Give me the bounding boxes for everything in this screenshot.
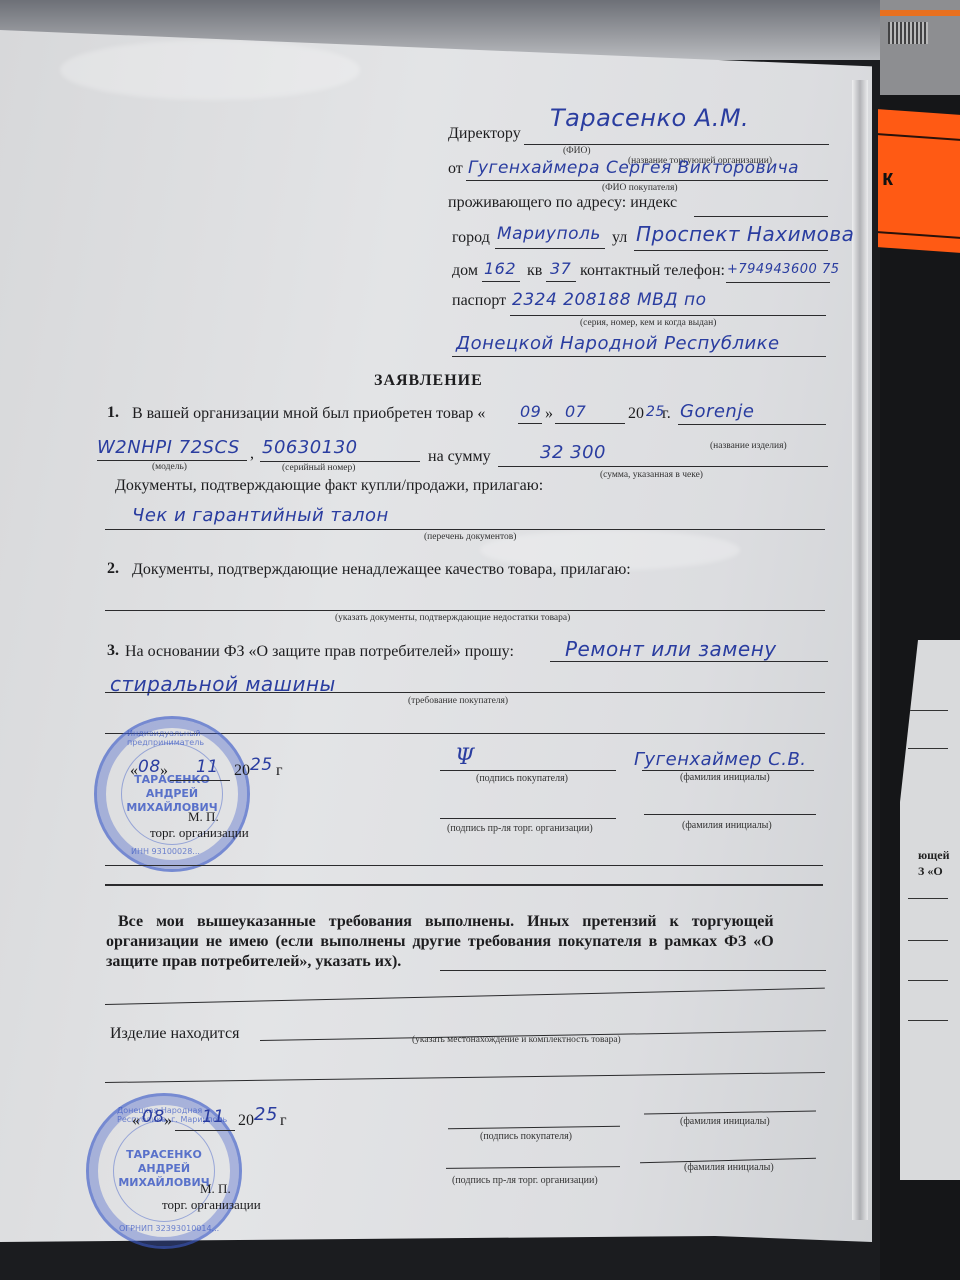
date-close-2: » [164,1112,172,1130]
buyer-name: Гугенхаймер С.В. [634,749,807,770]
org-label-1: торг. организации [150,825,249,841]
sum-label: на сумму [428,448,491,466]
from-label: от [448,160,463,178]
house-label: дом [452,262,478,280]
passport-label: паспорт [452,292,506,310]
underlying-sheet: ющей З «О [900,640,960,1180]
comma: , [250,445,254,463]
passport-value-2: Донецкой Народной Республике [456,333,780,354]
seller-sign-hint-2: (подпись пр-ля торг. организации) [452,1175,598,1186]
seller-name-hint-1: (фамилия инициалы) [682,820,772,831]
location-hint: (указать местонахождение и комплектность… [412,1035,621,1045]
docs-label: Документы, подтверждающие факт купли/про… [115,477,543,495]
sticker-letter: к [882,165,893,191]
apt-value: 37 [550,259,571,278]
phone-value: +794943600 75 [727,262,840,277]
request-hint: (требование покупателя) [408,696,508,706]
purchase-day: 09 [520,402,541,421]
claim-form-paper [0,30,872,1242]
section3-text: На основании ФЗ «О защите прав потребите… [125,643,514,661]
city-value: Мариуполь [497,224,601,244]
buyer-fio-hint: (ФИО покупателя) [602,183,678,193]
buyer-name-hint-1: (фамилия инициалы) [680,772,770,783]
sign-month-2: 11 [202,1107,225,1127]
product-hint: (название изделия) [710,441,787,451]
sign-day-1: 08 [138,757,161,777]
document-title: ЗАЯВЛЕНИЕ [374,372,483,390]
org-label-2: торг. организации [162,1197,261,1213]
orange-strip [880,10,960,16]
purchase-month: 07 [565,402,586,421]
docs-hint: (перечень документов) [424,532,516,542]
closing-text-3: защите прав потребителей», указать их). [106,953,401,971]
date-open: « [130,762,138,780]
section1-text: В вашей организации мной был приобретен … [132,405,485,423]
address-label: проживающего по адресу: индекс [448,194,677,212]
section2-text: Документы, подтверждающие ненадлежащее к… [132,561,631,579]
section1-number: 1. [107,404,119,422]
sign-year-2: 25 [254,1104,278,1125]
barcode-label [888,22,928,44]
year-prefix: 20 [628,405,644,423]
plastic-sleeve-edge [852,80,868,1220]
city-label: город [452,229,490,247]
fio-hint: (ФИО) [563,146,591,156]
model-value: W2NHPI 72SCS [97,437,240,458]
year-g: г. [662,405,671,423]
sign-day-2: 08 [142,1107,165,1127]
street-value: Проспект Нахимова [636,222,854,246]
passport-value: 2324 208188 МВД по [512,290,707,310]
sum-hint: (сумма, указанная в чеке) [600,470,703,480]
serial-value: 50630130 [262,437,358,458]
house-value: 162 [484,259,516,278]
mp-label-2: М. П. [200,1181,231,1197]
director-value: Тарасенко А.М. [550,104,749,132]
sign-year-1: 25 [250,755,273,775]
street-label: ул [612,229,627,247]
closing-text-1: Все мои вышеуказанные требования выполне… [118,913,774,931]
request-value-1: Ремонт или замену [565,637,777,661]
seller-sign-hint-1: (подпись пр-ля торг. организации) [447,823,593,834]
year-prefix-1: 20 [234,762,250,780]
buyer-signature: Ψ [455,745,474,770]
seller-name-hint-2: (фамилия инициалы) [684,1162,774,1173]
year-g-2: г [280,1112,287,1130]
sum-value: 32 300 [540,442,606,463]
section2-hint: (указать документы, подтверждающие недос… [335,613,570,623]
year-prefix-2: 20 [238,1112,254,1130]
mp-label-1: М. П. [188,809,219,825]
section3-number: 3. [107,642,119,660]
from-value: Гугенхаймера Сергея Викторовича [468,158,799,178]
model-hint: (модель) [152,462,187,472]
quote-close: » [545,405,553,423]
apt-label: кв [527,262,542,280]
director-label: Директору [448,125,521,143]
year-g-1: г [276,762,283,780]
buyer-sign-hint-2: (подпись покупателя) [480,1131,572,1142]
docs-value: Чек и гарантийный талон [132,505,389,526]
closing-text-2: организации не имею (если выполнены друг… [106,933,774,951]
date-open-2: « [132,1112,140,1130]
buyer-sign-hint-1: (подпись покупателя) [476,773,568,784]
date-close: » [160,762,168,780]
seller-stamp-1: ТАРАСЕНКО АНДРЕЙ МИХАЙЛОВИЧ Индивидуальн… [94,716,250,872]
passport-hint: (серия, номер, кем и когда выдан) [580,318,716,328]
phone-label: контактный телефон: [580,262,725,280]
sign-month-1: 11 [196,757,219,777]
location-label: Изделие находится [110,1025,239,1043]
serial-hint: (серийный номер) [282,463,355,473]
product-name: Gorenje [680,401,754,422]
section2-number: 2. [107,560,119,578]
buyer-name-hint-2: (фамилия инициалы) [680,1116,770,1127]
